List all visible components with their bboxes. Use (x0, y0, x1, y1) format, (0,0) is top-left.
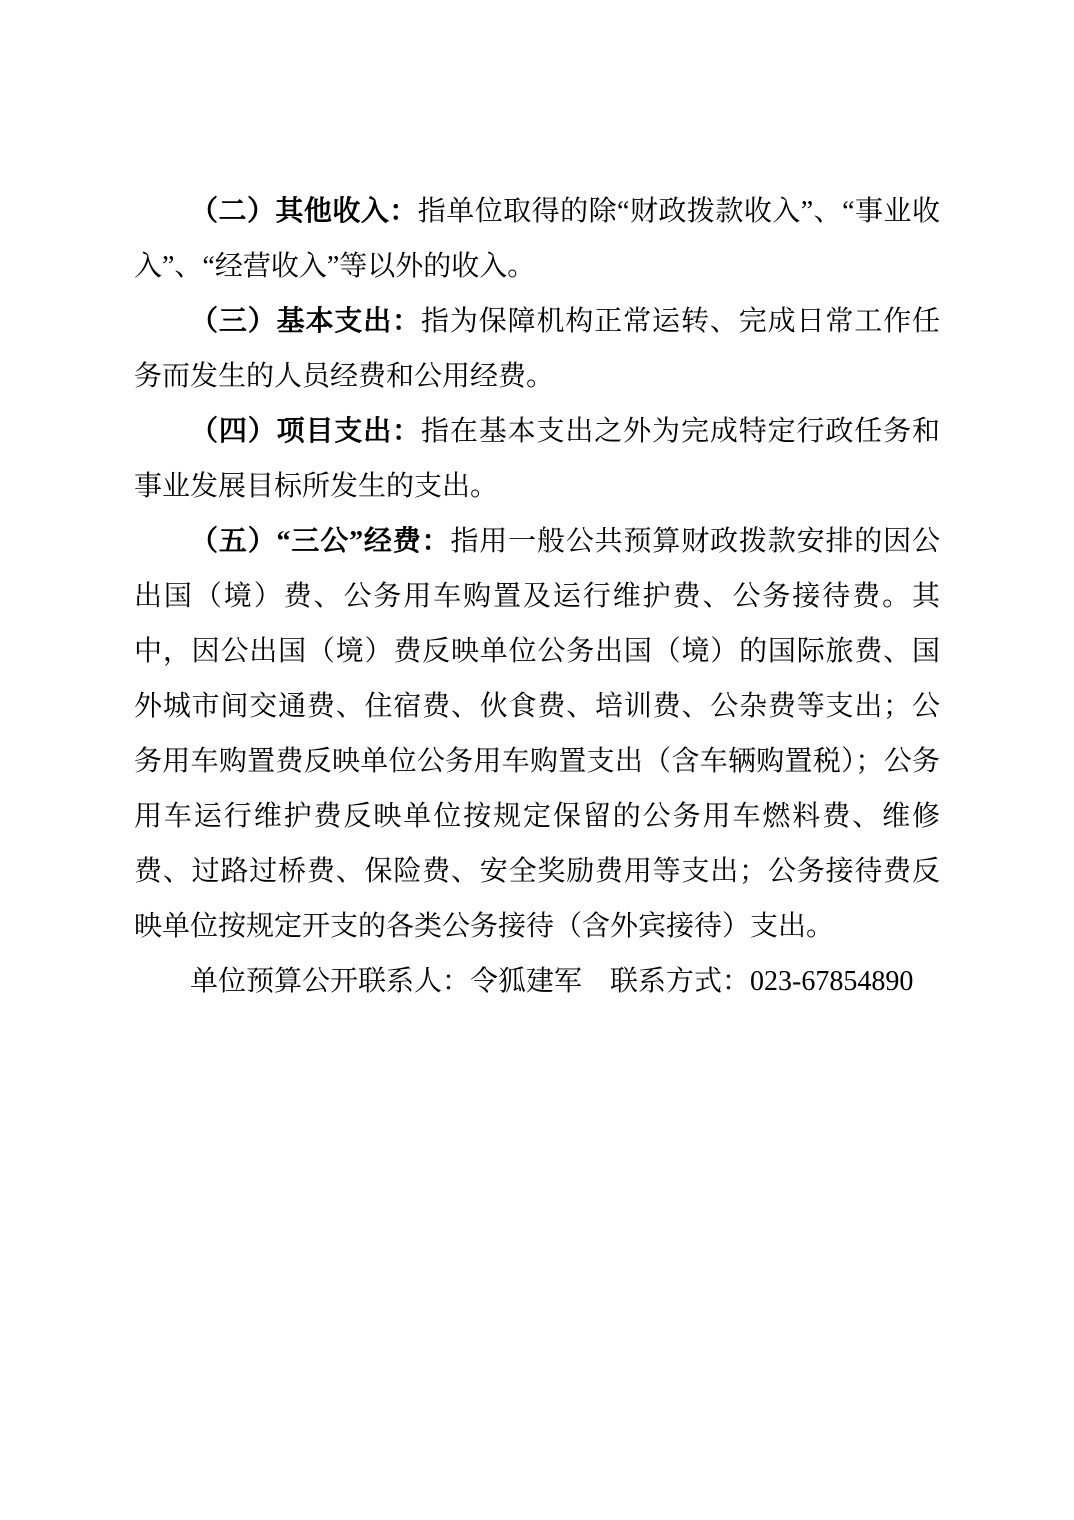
paragraph-three-public-funds: （五）“三公”经费：指用一般公共预算财政拨款安排的因公出国（境）费、公务用车购置… (134, 514, 940, 954)
paragraph-contact-line-body: 单位预算公开联系人：令狐建军 联系方式：023-67854890 (190, 966, 913, 997)
paragraph-project-expenditure-heading: （四）项目支出： (190, 416, 421, 447)
paragraph-three-public-funds-body: 指用一般公共预算财政拨款安排的因公出国（境）费、公务用车购置及运行维护费、公务接… (134, 526, 940, 942)
paragraph-three-public-funds-heading: （五）“三公”经费： (190, 526, 450, 557)
paragraph-project-expenditure: （四）项目支出：指在基本支出之外为完成特定行政任务和事业发展目标所发生的支出。 (134, 404, 940, 514)
document-text-block: （二）其他收入：指单位取得的除“财政拨款收入”、“事业收入”、“经营收入”等以外… (134, 184, 940, 1009)
paragraph-other-income-heading: （二）其他收入： (190, 196, 418, 227)
document-page: （二）其他收入：指单位取得的除“财政拨款收入”、“事业收入”、“经营收入”等以外… (0, 0, 1074, 1520)
paragraph-other-income: （二）其他收入：指单位取得的除“财政拨款收入”、“事业收入”、“经营收入”等以外… (134, 184, 940, 294)
paragraph-contact-line: 单位预算公开联系人：令狐建军 联系方式：023-67854890 (134, 954, 940, 1009)
paragraph-basic-expenditure-heading: （三）基本支出： (190, 306, 421, 337)
paragraph-basic-expenditure: （三）基本支出：指为保障机构正常运转、完成日常工作任务而发生的人员经费和公用经费… (134, 294, 940, 404)
